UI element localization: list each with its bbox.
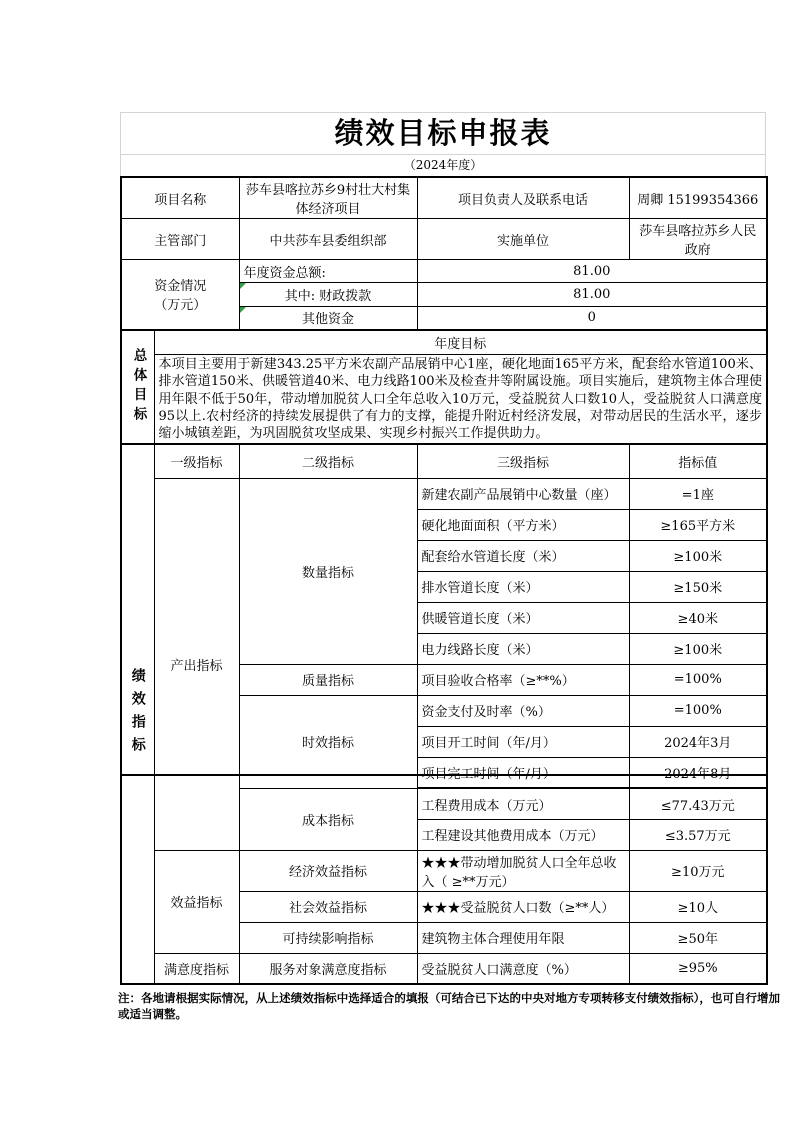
section-divider xyxy=(120,774,766,776)
level2-quality: 质量指标 xyxy=(239,664,417,695)
l3-value: ≤77.43万元 xyxy=(629,788,767,819)
l3-label: 工程费用成本（万元） xyxy=(417,788,629,819)
l3-value: ≥50年 xyxy=(629,922,767,953)
page-subtitle: （2024年度） xyxy=(121,154,765,176)
l3-value: 2024年3月 xyxy=(629,726,767,757)
table-row: 效益指标 经济效益指标 ★★★带动增加脱贫人口全年总收入（ ≥**万元） ≥10… xyxy=(121,850,767,891)
annual-goal-header: 年度目标 xyxy=(154,330,767,355)
l3-label: 配套给水管道长度（米） xyxy=(417,540,629,571)
table-row: 产出指标 数量指标 新建农副产品展销中心数量（座） =1座 xyxy=(121,478,767,509)
funds-other-value: 0 xyxy=(417,307,767,330)
table-row: 绩效指标 一级指标 二级指标 三级指标 指标值 xyxy=(121,444,767,478)
l3-value: =1座 xyxy=(629,478,767,509)
footnote: 注：各地请根据实际情况，从上述绩效指标中选择适合的填报（可结合已下达的中央对地方… xyxy=(118,990,780,1022)
funds-fiscal-label-text: 其中: 财政拨款 xyxy=(285,289,372,304)
excel-flag-icon xyxy=(240,283,246,289)
level2-cost: 成本指标 xyxy=(239,788,417,850)
l3-value: =100% xyxy=(629,664,767,695)
l3-label: 资金支付及时率（%） xyxy=(417,695,629,726)
table-row: 满意度指标 服务对象满意度指标 受益脱贫人口满意度（%） ≥95% xyxy=(121,953,767,984)
funds-other-label: 其他资金 xyxy=(239,307,417,330)
impl-label: 实施单位 xyxy=(417,219,629,260)
funds-other-label-text: 其他资金 xyxy=(302,312,354,327)
funds-fiscal-label: 其中: 财政拨款 xyxy=(239,283,417,307)
overall-goal-side-label: 总体目标 xyxy=(121,330,154,445)
l3-label: 项目完工时间（年/月） xyxy=(417,757,629,788)
l3-label: 建筑物主体合理使用年限 xyxy=(417,922,629,953)
indicators-side-label: 绩效指标 xyxy=(121,444,154,984)
l3-label: 电力线路长度（米） xyxy=(417,633,629,664)
annual-goal-text: 本项目主要用于新建343.25平方米农副产品展销中心1座，硬化地面165平方米，… xyxy=(154,355,767,445)
level2-quantity: 数量指标 xyxy=(239,478,417,664)
l3-label: ★★★受益脱贫人口数（≥**人） xyxy=(417,891,629,922)
dept-label: 主管部门 xyxy=(121,219,239,260)
level2-sustainability: 可持续影响指标 xyxy=(239,922,417,953)
l3-label: 项目验收合格率（≥**%） xyxy=(417,664,629,695)
header-level1: 一级指标 xyxy=(154,444,239,478)
l3-label: 排水管道长度（米） xyxy=(417,571,629,602)
l3-label: 新建农副产品展销中心数量（座） xyxy=(417,478,629,509)
level2-service-satisfaction: 服务对象满意度指标 xyxy=(239,953,417,984)
header-value: 指标值 xyxy=(629,444,767,478)
level1-benefit: 效益指标 xyxy=(154,850,239,953)
impl-value: 莎车县喀拉苏乡人民政府 xyxy=(629,219,767,260)
level1-output: 产出指标 xyxy=(154,478,239,850)
dept-value: 中共莎车县委组织部 xyxy=(239,219,417,260)
project-name-label: 项目名称 xyxy=(121,177,239,219)
funds-total-label: 年度资金总额: xyxy=(239,260,417,283)
overall-goal-side-text: 总体目标 xyxy=(131,348,145,426)
l3-value: ≥150米 xyxy=(629,571,767,602)
l3-value: =100% xyxy=(629,695,767,726)
leader-label: 项目负责人及联系电话 xyxy=(417,177,629,219)
page-title: 绩效目标申报表 xyxy=(121,113,765,154)
funds-label: 资金情况 （万元） xyxy=(121,260,239,330)
title-block: 绩效目标申报表 （2024年度） xyxy=(120,112,766,176)
l3-label: 项目开工时间（年/月） xyxy=(417,726,629,757)
form-container: 绩效目标申报表 （2024年度） 项目名称 莎车县喀拉苏乡9村壮大村集体经济项目… xyxy=(120,112,766,1022)
l3-label: 工程建设其他费用成本（万元） xyxy=(417,819,629,850)
header-level2: 二级指标 xyxy=(239,444,417,478)
l3-value: ≥10人 xyxy=(629,891,767,922)
table-row: 主管部门 中共莎车县委组织部 实施单位 莎车县喀拉苏乡人民政府 xyxy=(121,219,767,260)
l3-value: ≥100米 xyxy=(629,540,767,571)
table-row: 项目名称 莎车县喀拉苏乡9村壮大村集体经济项目 项目负责人及联系电话 周卿 15… xyxy=(121,177,767,219)
project-name-value: 莎车县喀拉苏乡9村壮大村集体经济项目 xyxy=(239,177,417,219)
header-level3: 三级指标 xyxy=(417,444,629,478)
l3-label: ★★★带动增加脱贫人口全年总收入（ ≥**万元） xyxy=(417,850,629,891)
declaration-table: 项目名称 莎车县喀拉苏乡9村壮大村集体经济项目 项目负责人及联系电话 周卿 15… xyxy=(120,176,768,985)
l3-label: 供暖管道长度（米） xyxy=(417,602,629,633)
l3-value: ≥10万元 xyxy=(629,850,767,891)
level2-social: 社会效益指标 xyxy=(239,891,417,922)
l3-value: 2024年8月 xyxy=(629,757,767,788)
table-row: 总体目标 年度目标 xyxy=(121,330,767,355)
l3-label: 硬化地面面积（平方米） xyxy=(417,509,629,540)
l3-value: ≥95% xyxy=(629,953,767,984)
document-page: 绩效目标申报表 （2024年度） 项目名称 莎车县喀拉苏乡9村壮大村集体经济项目… xyxy=(0,0,793,1122)
table-row: 本项目主要用于新建343.25平方米农副产品展销中心1座，硬化地面165平方米，… xyxy=(121,355,767,445)
l3-label: 受益脱贫人口满意度（%） xyxy=(417,953,629,984)
table-row: 资金情况 （万元） 年度资金总额: 81.00 xyxy=(121,260,767,283)
indicators-side-text: 绩效指标 xyxy=(131,668,145,760)
l3-value: ≥40米 xyxy=(629,602,767,633)
l3-value: ≥165平方米 xyxy=(629,509,767,540)
funds-total-value: 81.00 xyxy=(417,260,767,283)
level1-satisfaction: 满意度指标 xyxy=(154,953,239,984)
l3-value: ≥100米 xyxy=(629,633,767,664)
leader-value: 周卿 15199354366 xyxy=(629,177,767,219)
funds-fiscal-value: 81.00 xyxy=(417,283,767,307)
l3-value: ≤3.57万元 xyxy=(629,819,767,850)
level2-economic: 经济效益指标 xyxy=(239,850,417,891)
excel-flag-icon xyxy=(240,307,246,313)
